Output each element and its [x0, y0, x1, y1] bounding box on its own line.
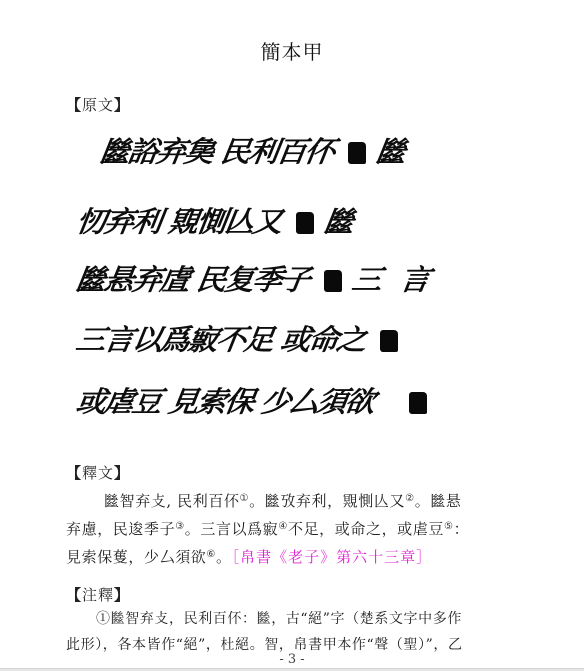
page-title: 簡本甲 — [0, 36, 584, 65]
slip-glyph: 三 — [350, 262, 383, 300]
slip-glyphs: 或虐豆 見索保 少厶須欲 — [73, 384, 375, 422]
slip-glyphs: 㡭䛦弃㚟 民利百伓 — [97, 134, 335, 172]
translation-line-3: 見索保蒦，少厶須欲⑥。［帛書《老子》第六十三章］ — [66, 542, 526, 570]
slip-glyphs: 㣼弃利 覭惻亾又 — [73, 204, 283, 242]
translation-line-2: 弃慮，民逡季子③。三言以爲㝮④不足，或命之，或虐豆⑤： — [66, 514, 526, 542]
slip-separator-mark — [324, 270, 342, 292]
slip-glyphs: 㡭悬弃虘 民复季子 — [73, 262, 311, 300]
footnote-ref[interactable]: ① — [240, 493, 250, 504]
notes-text: ①㡭智弃攴，民利百伓：㡭，古“絕”字（楚系文字中多作 此形），各本皆作“絕”，杜… — [66, 606, 526, 658]
slip-glyphs: 三言以爲㝮不足 或命之 — [73, 322, 367, 360]
document-page: 簡本甲 【原文】 㡭䛦弃㚟 民利百伓 㡭 㣼弃利 覭惻亾又 㡭 㡭悬弃虘 民复季… — [0, 0, 584, 668]
section-heading-original: 【原文】 — [66, 94, 130, 115]
footnote-ref[interactable]: ② — [405, 493, 415, 504]
slip-glyph: 言 — [398, 262, 431, 300]
slip-separator-mark — [380, 330, 398, 352]
translation-text: 㡭智弃攴, 民利百伓①。㡭攷弃利，覭惻亾又②。㡭悬 弃慮，民逡季子③。三言以爲㝮… — [66, 486, 526, 570]
footnote-ref[interactable]: ④ — [278, 521, 288, 532]
section-heading-notes: 【注釋】 — [66, 584, 130, 605]
slip-row-1: 㡭䛦弃㚟 民利百伓 㡭 — [100, 128, 410, 178]
slip-separator-mark — [348, 142, 366, 164]
slip-row-2: 㣼弃利 覭惻亾又 㡭 — [76, 198, 358, 248]
slip-separator-mark — [296, 212, 314, 234]
slip-glyph: 㡭 — [374, 134, 407, 172]
footnote-ref[interactable]: ⑥ — [206, 549, 216, 560]
footnote-ref[interactable]: ③ — [175, 521, 185, 532]
slip-end-mark — [409, 392, 427, 414]
page-number: - 3 - — [0, 652, 584, 667]
footnote-ref[interactable]: ⑤ — [444, 521, 454, 532]
note-line-1: ①㡭智弃攴，民利百伓：㡭，古“絕”字（楚系文字中多作 — [66, 606, 526, 632]
slip-glyph: 㡭 — [322, 204, 355, 242]
slip-row-3: 㡭悬弃虘 民复季子 三 言 — [76, 256, 434, 306]
translation-line-1: 㡭智弃攴, 民利百伓①。㡭攷弃利，覭惻亾又②。㡭悬 — [66, 486, 526, 514]
source-reference: ［帛書《老子》第六十三章］ — [232, 548, 433, 566]
slip-row-4: 三言以爲㝮不足 或命之 — [76, 316, 408, 366]
slip-row-5: 或虐豆 見索保 少厶須欲 — [76, 378, 437, 428]
section-heading-translation: 【釋文】 — [66, 462, 130, 483]
